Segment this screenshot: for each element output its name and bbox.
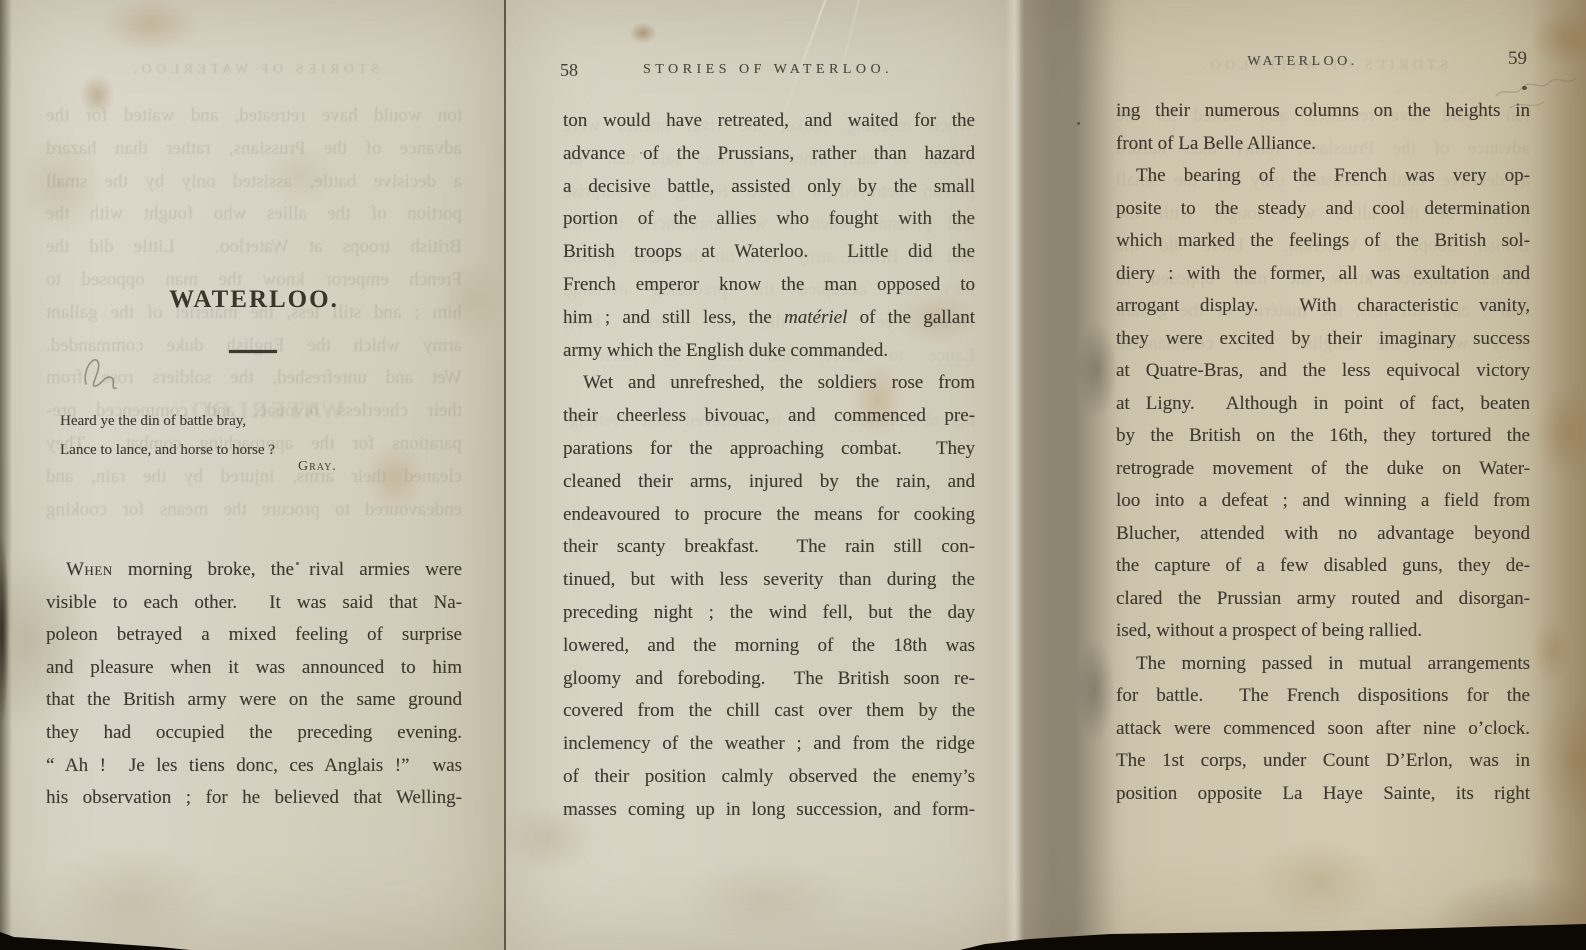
text-line: “ Ah ! Je les tiens donc, ces Anglais !”… <box>46 750 462 783</box>
chapter-title: WATERLOO. <box>46 286 462 314</box>
running-header-waterloo: WATERLOO. <box>1200 54 1405 70</box>
text-line: French emperor know the man opposed to <box>563 269 975 302</box>
right-page-body-text: ing their numerous columns on the height… <box>1116 95 1530 810</box>
text-line: his observation ; for he believed that W… <box>46 782 462 815</box>
text-line: lowered, and the morning of the 18th was <box>563 630 975 663</box>
text-line: which marked the feelings of the British… <box>1116 225 1530 258</box>
text-line: When morning broke, the rival armies wer… <box>46 554 462 587</box>
page-number-58: 58 <box>560 60 578 81</box>
text-line: of their position calmly observed the en… <box>563 761 975 794</box>
epigraph: Heard ye the din of battle bray,Lance to… <box>60 407 360 465</box>
text-line: inclemency of the weather ; and from the… <box>563 728 975 761</box>
text-line: gloomy and foreboding. The British soon … <box>563 663 975 696</box>
text-line: their cheerless bivouac, and commenced p… <box>563 400 975 433</box>
text-line: ised, without a prospect of being rallie… <box>1116 615 1530 648</box>
text-line: tinued, but with less severity than duri… <box>563 564 975 597</box>
text-line: position opposite La Haye Sainte, its ri… <box>1116 778 1530 811</box>
text-line: parations for the approaching combat. Th… <box>563 433 975 466</box>
text-line: clared the Prussian army routed and diso… <box>1116 583 1530 616</box>
text-line: and pleasure when it was announced to hi… <box>46 652 462 685</box>
text-line: The morning passed in mutual arrangement… <box>1116 648 1530 681</box>
text-line: loo into a defeat ; and winning a field … <box>1116 485 1530 518</box>
text-line: British troops at Waterloo. Little did t… <box>46 231 462 264</box>
text-line: poleon betrayed a mixed feeling of surpr… <box>46 619 462 652</box>
ink-speck <box>1077 122 1080 125</box>
text-line: attack were commenced soon after nine o’… <box>1116 713 1530 746</box>
text-line: Wet and unrefreshed, the soldiers rose f… <box>563 367 975 400</box>
text-line: a decisive battle, assisted only by the … <box>563 171 975 204</box>
running-header-stories-of-waterloo: STORIES OF WATERLOO. <box>603 62 933 78</box>
text-line: army which the English duke commanded. <box>563 335 975 368</box>
text-line: endeavoured to procure the means for coo… <box>563 499 975 532</box>
text-line: they had occupied the preceding evening. <box>46 717 462 750</box>
text-line: their scanty breakfast. The rain still c… <box>563 531 975 564</box>
text-line: The bearing of the French was very op- <box>1116 160 1530 193</box>
text-line: for battle. The French dispositions for … <box>1116 680 1530 713</box>
text-line: ton would have retreated, and waited for… <box>563 105 975 138</box>
text-line: cleaned their arms, injured by the rain,… <box>563 466 975 499</box>
text-line: cleaned their arms, injured by the rain,… <box>46 461 462 494</box>
ink-speck <box>296 562 299 565</box>
text-line: preceding night ; the wind fell, but the… <box>563 597 975 630</box>
text-line: Wet and unrefreshed, the soldiers rose f… <box>46 362 462 395</box>
chapter-rule <box>229 350 277 353</box>
text-line: diery : with the former, all was exultat… <box>1116 258 1530 291</box>
book-scan: STORIES OF WATERLOO. ton would have retr… <box>0 0 1586 950</box>
text-line: ton would have retreated, and waited for… <box>46 100 462 133</box>
text-line: by the British on the 16th, they torture… <box>1116 420 1530 453</box>
text-line: front of La Belle Alliance. <box>1116 128 1530 161</box>
text-line: endeavoured to procure the means for coo… <box>46 494 462 527</box>
text-line: advance of the Prussians, rather than ha… <box>563 138 975 171</box>
leaf-edge-line <box>504 0 506 950</box>
text-line: retrograde movement of the duke on Water… <box>1116 453 1530 486</box>
text-line: portion of the allies who fought with th… <box>46 198 462 231</box>
text-line: they were excited by their imaginary suc… <box>1116 323 1530 356</box>
ink-speck <box>640 152 642 154</box>
text-line: at Ligny. Although in point of fact, bea… <box>1116 388 1530 421</box>
text-line: ing their numerous columns on the height… <box>1116 95 1530 128</box>
text-line: British troops at Waterloo. Little did t… <box>563 236 975 269</box>
text-line: a decisive battle, assisted only by the … <box>46 166 462 199</box>
text-line: Blucher, attended with no advantage beyo… <box>1116 518 1530 551</box>
text-line: army which the English duke commanded. <box>46 330 462 363</box>
text-line: at Quatre-Bras, and the less equivocal v… <box>1116 355 1530 388</box>
text-line: masses coming up in long succession, and… <box>563 794 975 827</box>
text-line: advance of the Prussians, rather than ha… <box>46 133 462 166</box>
text-line: the capture of a few disabled guns, they… <box>1116 550 1530 583</box>
text-line: him ; and still less, the matériel of th… <box>563 302 975 335</box>
middle-page-body-text: ton would have retreated, and waited for… <box>563 105 975 827</box>
text-line: covered from the chill cast over them by… <box>563 695 975 728</box>
page-number-59: 59 <box>1508 48 1527 70</box>
text-line: The 1st corps, under Count D’Erlon, was … <box>1116 745 1530 778</box>
showthrough-header: STORIES OF WATERLOO. <box>46 62 462 78</box>
text-line: Heard ye the din of battle bray, <box>60 407 360 436</box>
text-line: visible to each other. It was said that … <box>46 587 462 620</box>
text-line: posite to the steady and cool determinat… <box>1116 193 1530 226</box>
text-line: that the British army were on the same g… <box>46 684 462 717</box>
epigraph-attribution: Gray. <box>298 459 337 475</box>
text-line: arrogant display. With characteristic va… <box>1116 290 1530 323</box>
ink-speck <box>1522 86 1527 90</box>
left-page-body-text: When morning broke, the rival armies wer… <box>46 554 462 815</box>
text-line: portion of the allies who fought with th… <box>563 203 975 236</box>
